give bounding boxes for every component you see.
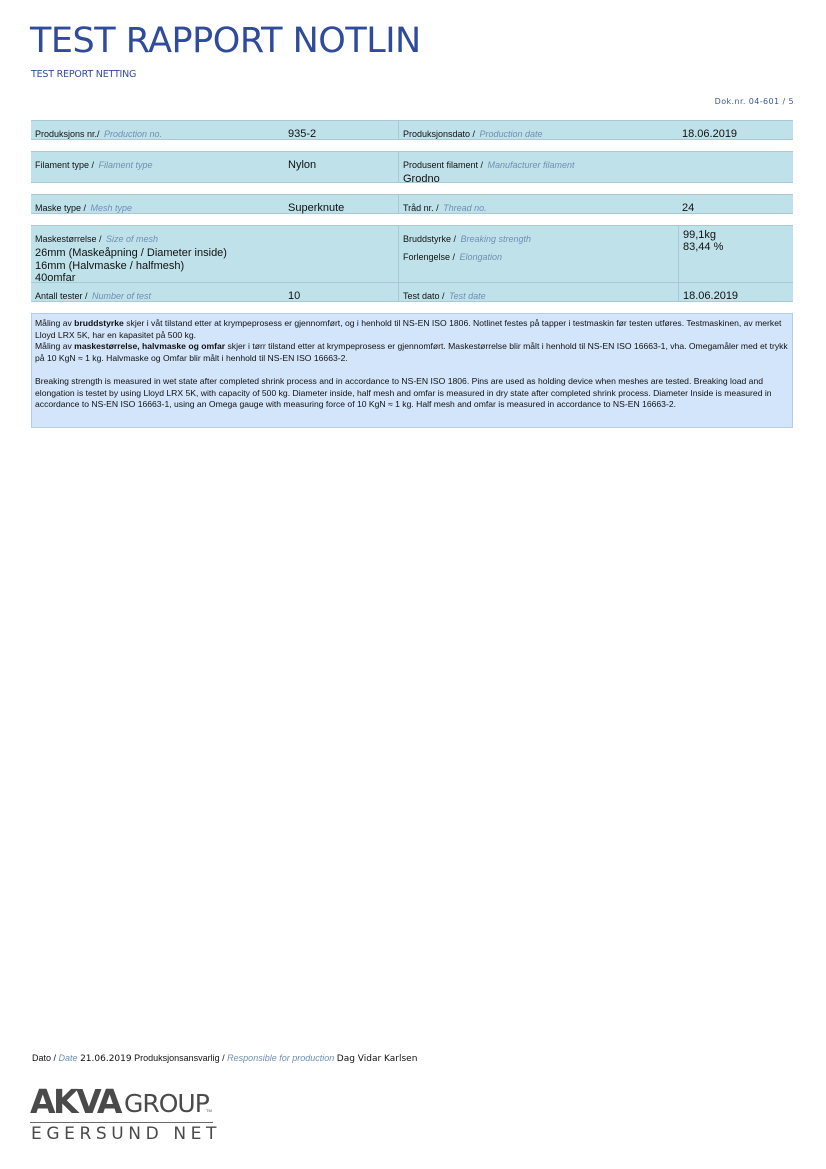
row-mesh-size-strength: Maskestørrelse / Size of mesh 26mm (Mask… — [31, 225, 793, 283]
mesh-size-line: 16mm (Halvmaske / halfmesh) — [35, 260, 394, 273]
production-no-value: 935-2 — [284, 121, 398, 139]
production-date-value: 18.06.2019 — [678, 121, 793, 139]
responsible-person: Dag Vidar Karlsen — [337, 1054, 418, 1064]
production-date-label: Produksjonsdato / Production date — [398, 121, 678, 139]
document-number: Dok.nr. 04-601 / 5 — [715, 97, 794, 106]
akva-group-logo: AKVA GROUP TM EGERSUND NET — [30, 1084, 230, 1146]
note-en: Breaking strength is measured in wet sta… — [35, 376, 789, 411]
thread-no-label: Tråd nr. / Thread no. — [398, 195, 678, 213]
page-subtitle: TEST REPORT NETTING — [31, 69, 136, 80]
signature-line: Dato / Date 21.06.2019 Produksjonsansvar… — [32, 1053, 417, 1064]
row-mesh-type: Maske type / Mesh type Superknute Tråd n… — [31, 194, 793, 214]
thread-no-value: 24 — [678, 195, 793, 213]
mesh-type-value: Superknute — [284, 195, 398, 213]
test-date-label: Test dato / Test date — [398, 283, 678, 301]
mesh-type-label: Maske type / Mesh type — [31, 195, 284, 213]
size-of-mesh: Maskestørrelse / Size of mesh 26mm (Mask… — [31, 226, 398, 282]
row-production: Produksjons nr./ Production no. 935-2 Pr… — [31, 120, 793, 140]
breaking-strength-value: 99,1kg — [683, 229, 789, 241]
row-filament: Filament type / Filament type Nylon Prod… — [31, 151, 793, 183]
row-tests: Antall tester / Number of test 10 Test d… — [31, 282, 793, 302]
number-of-test-label: Antall tester / Number of test — [31, 283, 284, 301]
strength-elongation-labels: Bruddstyrke / Breaking strength Forlenge… — [398, 226, 678, 282]
number-of-test-value: 10 — [284, 283, 398, 301]
manufacturer-filament-value: Grodno — [403, 173, 789, 185]
manufacturer-filament: Produsent filament / Manufacturer filame… — [398, 152, 793, 182]
page-title: TEST RAPPORT NOTLIN — [30, 20, 421, 62]
method-notes: Måling av bruddstyrke skjer i våt tilsta… — [31, 313, 793, 428]
mesh-size-line: 26mm (Maskeåpning / Diameter inside) — [35, 247, 394, 260]
report-date: 21.06.2019 — [80, 1054, 132, 1064]
strength-elongation-values: 99,1kg 83,44 % — [678, 226, 793, 282]
elongation-value: 83,44 % — [683, 241, 789, 253]
logo-divider — [30, 1122, 213, 1123]
note-no-mesh: Måling av maskestørrelse, halvmaske og o… — [35, 341, 789, 364]
filament-type-value: Nylon — [284, 152, 398, 182]
note-no-breaking: Måling av bruddstyrke skjer i våt tilsta… — [35, 318, 789, 341]
test-date-value: 18.06.2019 — [678, 283, 793, 301]
filament-type-label: Filament type / Filament type — [31, 152, 284, 182]
production-no-label: Produksjons nr./ Production no. — [31, 121, 284, 139]
